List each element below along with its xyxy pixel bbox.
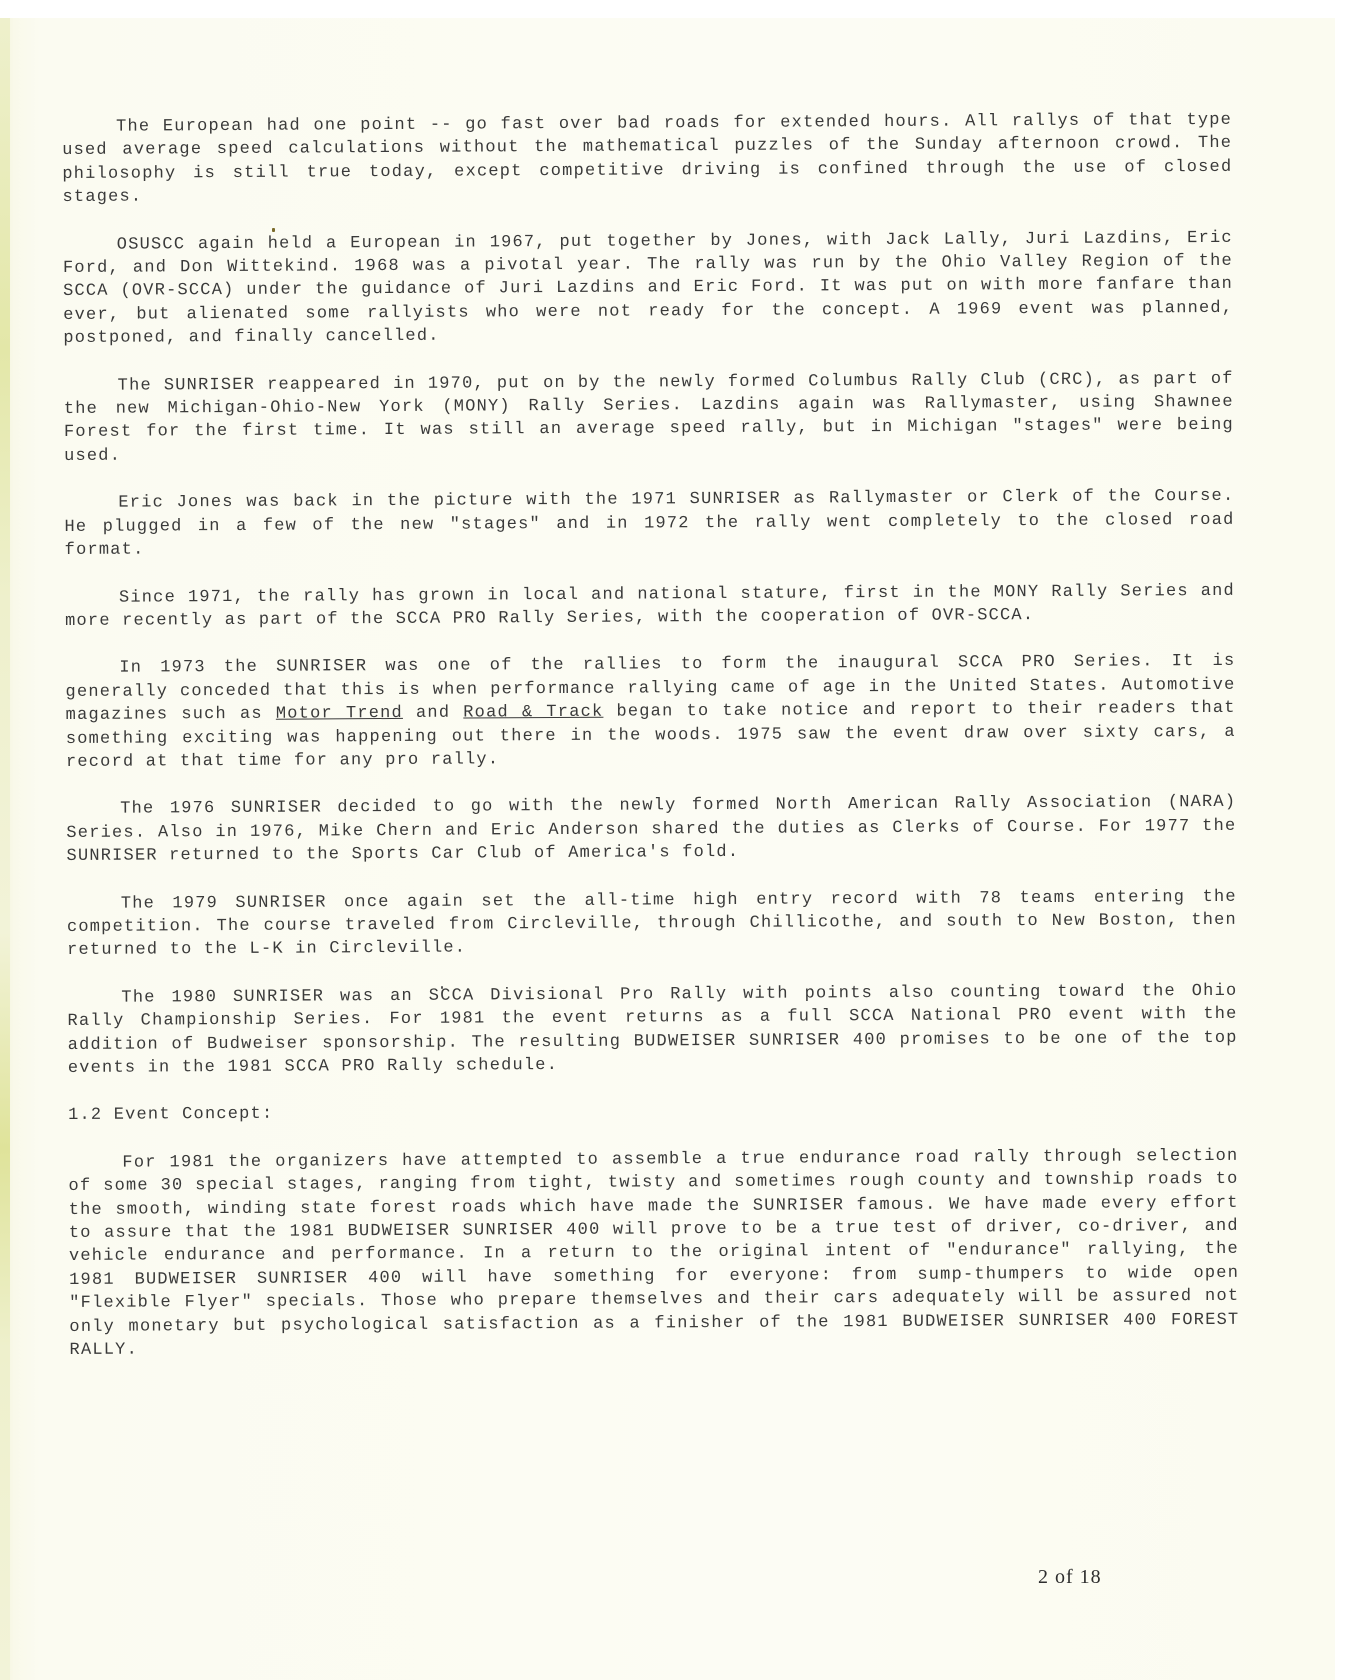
section-heading-event-concept: 1.2 Event Concept: xyxy=(68,1097,1238,1128)
paragraph-1967-1969: OSUSCC again held a European in 1967, pu… xyxy=(63,226,1234,350)
page-number: 2 of 18 xyxy=(1038,1566,1102,1589)
magazine-title-motor-trend: Motor Trend xyxy=(276,704,403,724)
paragraph-1979: The 1979 SUNRISER once again set the all… xyxy=(67,885,1237,962)
paragraph-1971-1972: Eric Jones was back in the picture with … xyxy=(64,485,1234,562)
paragraph-european-point: The European had one point -- go fast ov… xyxy=(62,109,1233,210)
paragraph-event-concept: For 1981 the organizers have attempted t… xyxy=(68,1145,1239,1363)
document-page: The European had one point -- go fast ov… xyxy=(0,18,1335,1680)
paragraph-1973-1975: In 1973 the SUNRISER was one of the rall… xyxy=(65,650,1236,774)
paragraph-since-1971: Since 1971, the rally has grown in local… xyxy=(65,579,1235,633)
document-body: The European had one point -- go fast ov… xyxy=(62,109,1240,1363)
paragraph-1970: The SUNRISER reappeared in 1970, put on … xyxy=(64,368,1235,469)
magazine-title-road-and-track: Road & Track xyxy=(463,703,603,723)
paragraph-1980-1981: The 1980 SUNRISER was an SCCA Divisional… xyxy=(67,980,1238,1081)
text-segment: and xyxy=(403,704,463,723)
page-edge-discoloration xyxy=(0,18,10,1680)
paragraph-1976-1977: The 1976 SUNRISER decided to go with the… xyxy=(66,791,1236,868)
